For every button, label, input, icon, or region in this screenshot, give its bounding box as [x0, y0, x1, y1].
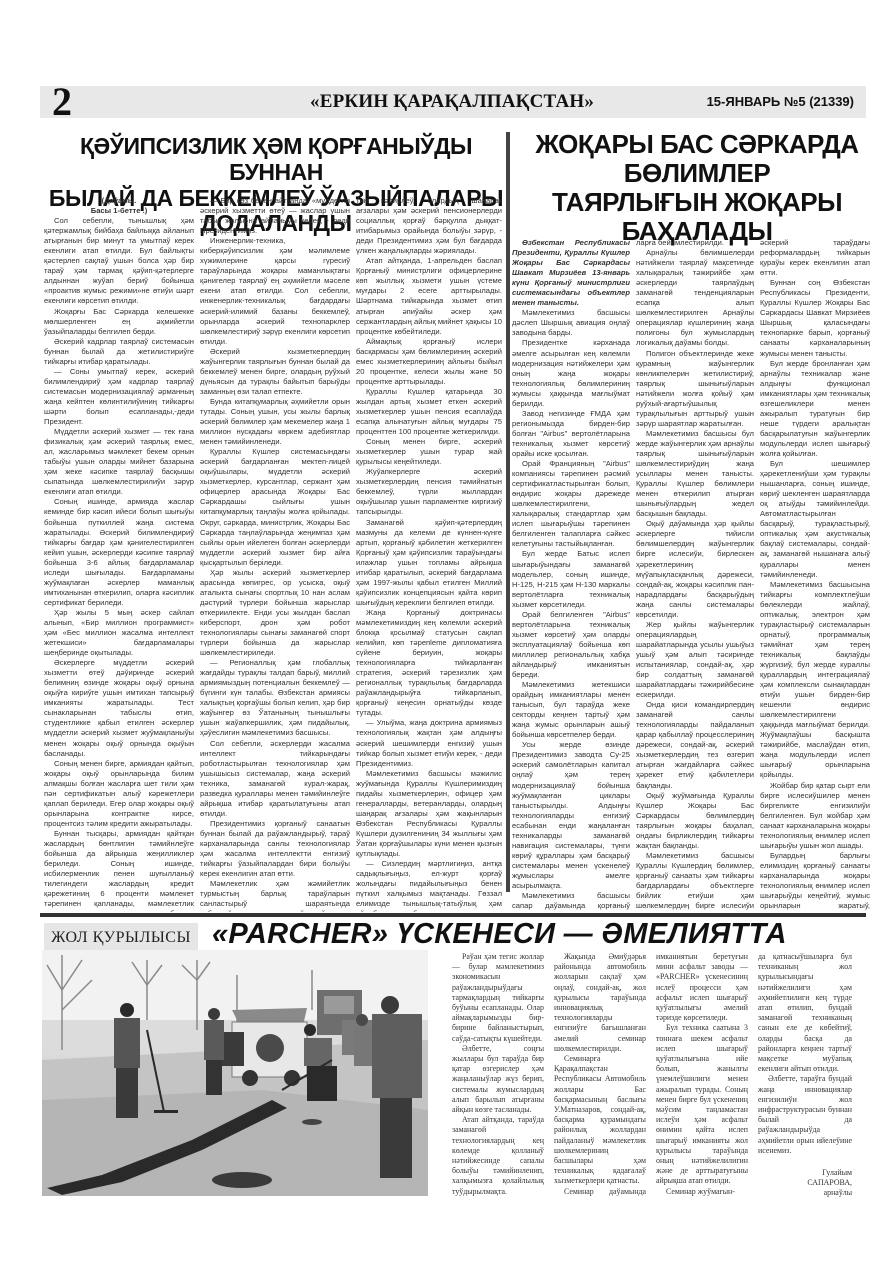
article-left-column-1: (Даўамы. Басы 1-бетте .) Сол себепли, ты…	[44, 196, 194, 912]
article-bottom-title[interactable]: «PARCHER» ҮСКЕНЕСИ — ӘМЕЛИЯТТА	[212, 918, 787, 951]
section-divider	[40, 913, 866, 917]
paragraph: Соның менен бирге, әскерий хызметкерлер …	[356, 437, 502, 467]
paragraph: Орай Францияның "Airbus" компаниясы тәре…	[512, 459, 630, 549]
paragraph: Мүддетли әскерий хызмет — тек ғана физик…	[44, 427, 194, 497]
paragraph: Қураллы Күшлер қатарында 30 жылдан артық…	[356, 387, 502, 437]
paragraph: Соның менен бирге, армиядан қайтып, жоқа…	[44, 759, 194, 829]
paragraph: әскерий тараўдағы реформалардың тийкарын…	[760, 238, 870, 278]
paragraph: Раўан ҳәм тегис жоллар — булар мәмлекети…	[452, 952, 544, 1044]
paragraph: Буннан соң Өзбекстан Республикасы Презид…	[760, 278, 870, 358]
paragraph: Полигон объектлеринде жеке қурамның жаўы…	[636, 349, 754, 429]
paragraph: Завод негизинде ҒМДА ҳәм регионымызда би…	[512, 409, 630, 459]
author-role: арнаўлы	[758, 1188, 852, 1197]
paragraph: Ҳәр жылы әскерий хызметкерлер арасында к…	[200, 568, 350, 658]
article-right-column-3: әскерий тараўдағы реформалардың тийкарын…	[760, 238, 870, 910]
paragraph: Жоқарғы Бас Сәркарда келешекке мөлшерлен…	[44, 307, 194, 337]
article-right-title-line1: ЖОҚАРЫ БАС СӘРКАРДА БӨЛИМЛЕР	[512, 130, 882, 188]
paragraph: Жаңа Қорғаныў доктринасы мәмлекетимиздиң…	[356, 608, 502, 719]
article-right-title[interactable]: ЖОҚАРЫ БАС СӘРКАРДА БӨЛИМЛЕР ТАЯРЛЫҒЫН Ж…	[512, 130, 882, 246]
paragraph: Семинар жуўмағын-	[656, 1187, 748, 1197]
article-left-title-line1: ҚӘЎИПСИЗЛИК ҲӘМ ҚОРҒАНЫЎДЫ БУННАН	[48, 134, 504, 186]
paragraph: Заманагөй қәўип-қәтерлердиң мазмуны да к…	[356, 518, 502, 608]
paragraph: Жақында Әмиўдәрья районында автомобиль ж…	[554, 952, 646, 1054]
paragraph: Мәмлекетимиз басшысы бул жерде жаўынгерл…	[636, 429, 754, 519]
paragraph: Сол себепли, тынышлық ҳәм қәтержамлық би…	[44, 216, 194, 306]
paragraph: Аймақлық қорғаныў ислери басқармасы ҳәм …	[356, 337, 502, 387]
continued-note: (Даўамы.	[44, 196, 194, 206]
paragraph: Усы жерде өзинде Президентимиз заводта С…	[512, 740, 630, 891]
paragraph: Мәмлекетимиз басшысы сапар даўамында қор…	[512, 891, 630, 910]
paragraph: Президентке кәрханада әмелге асырылған к…	[512, 338, 630, 408]
road-repair-photo-icon	[42, 950, 428, 1196]
paragraph: Бул жерде Батыс ислеп шығарыўындағы зама…	[512, 549, 630, 609]
article-right-column-1: Өзбекстан Республикасы Президенти, Қурал…	[512, 238, 630, 910]
article-bottom-column-4: да қатнасыўшыларға бул техниканың жол қу…	[758, 952, 852, 1197]
paragraph: Оқыў даўамында ҳәр қыйлы әскерлерге тийи…	[636, 519, 754, 619]
paragraph: — Регионаллық ҳәм глобаллық жағдайды тур…	[200, 658, 350, 738]
paragraph: ларға бейимлестирилди.	[636, 238, 754, 248]
paragraph: Мәмлекетимиз басшысы мәжилис жуўмағында …	[356, 769, 502, 859]
paragraph: Атап айтқанда, 1-апрельден баслап Қорған…	[356, 256, 502, 336]
paragraph: — Улыўма, жаңа доктрина армиямыз техноло…	[356, 718, 502, 768]
paragraph: Президентимиз қорғаныў санаатын буннан б…	[200, 819, 350, 879]
paragraph: Атап айтқанда, тараўда заманагөй техноло…	[452, 1115, 544, 1197]
paragraph: Бунда китапқумарлық әҳмийетли орын тутад…	[200, 397, 350, 447]
article-left-column-3: тин қәдирлеў, олардың шаңарақ ағзалары ҳ…	[356, 196, 502, 912]
paragraph: Семинарға Қарақалпақстан Республикасы Ав…	[554, 1054, 646, 1187]
paragraph: Мәмлекетимиз басшысы дәслеп Шыршық авиац…	[512, 308, 630, 338]
paragraph: Семинар даўамында автомобиль жолларында …	[554, 1187, 646, 1197]
paragraph: Әскерий кадрлар таярлаў системасын бунна…	[44, 337, 194, 367]
paragraph: Ҳәр жылы 5 мың әскер сайлап алынып, «Бир…	[44, 608, 194, 658]
paragraph: Онда қиси командирлердиң заманагөй санлы…	[636, 700, 754, 790]
paragraph: — Бир сөз бенен айтқанда, «мүддетли әске…	[200, 196, 350, 236]
paragraph: Жуўапкерлерге әскерий хызметкерлердиң пе…	[356, 467, 502, 517]
article-bottom-column-1: Раўан ҳәм тегис жоллар — булар мәмлекети…	[452, 952, 544, 1197]
paragraph: Әлбетте, соңғы жыллары бул тараўда бир қ…	[452, 1044, 544, 1115]
paragraph: Бул шешимлер ҳәрекетлениўши ҳәм турақлы …	[760, 459, 870, 580]
paragraph: Бул техника саатына 3 тоннаға шекем асфа…	[656, 1023, 748, 1186]
paragraph: Мәмлекетлик ҳәм жәмийетлик турмыстың бар…	[200, 879, 350, 912]
author-byline: Гулайым САПАРОВА, арнаўлы хабаршымыз.	[758, 1168, 852, 1197]
continued-note-page: Басы 1-бетте .)	[44, 206, 194, 216]
article-bottom-column-2: Жақында Әмиўдәрья районында автомобиль ж…	[554, 952, 646, 1197]
issue-date-number: 15-ЯНВАРЬ №5 (21339)	[707, 94, 854, 109]
paragraph: Булардың барлығы елимиздиң қорғаныў сана…	[760, 851, 870, 910]
article-right-column-2: ларға бейимлестирилди. Арнаўлы бөлимшеле…	[636, 238, 754, 910]
paragraph: — Соны умытпаў керек, әскерий билимленди…	[44, 367, 194, 427]
section-tag: ЖОЛ ҚУРЫЛЫСЫ	[44, 923, 198, 952]
newspaper-name: «ЕРКИН ҚАРАҚАЛПАҚСТАН»	[310, 91, 594, 113]
paragraph: Мәмлекетимиз басшысы Қураллы Күшлердиң б…	[636, 851, 754, 910]
paragraph: — Сизлердиң мәртлигиңиз, антқа садықлығы…	[356, 859, 502, 912]
paragraph: Инженерлик-техника, киберқәўипсизлик ҳәм…	[200, 236, 350, 347]
author-name: Гулайым	[758, 1168, 852, 1178]
masthead: 2 «ЕРКИН ҚАРАҚАЛПАҚСТАН» 15-ЯНВАРЬ №5 (2…	[40, 86, 866, 118]
paragraph: Мәмлекетимиз жетекшиси орайдың имканиятл…	[512, 680, 630, 740]
paragraph: Буннан тысқары, армиядан қайтқан жаслард…	[44, 829, 194, 912]
paragraph: Соның ишинде, армияда жаслар кеминде бир…	[44, 497, 194, 608]
paragraph: Мәмлекетимиз басшысына тийкарғы комплект…	[760, 580, 870, 781]
article-bottom-column-3: имканиятын беретуғын мини асфальт заводы…	[656, 952, 748, 1197]
paragraph: тин қәдирлеў, олардың шаңарақ ағзалары ҳ…	[356, 196, 502, 256]
article-right-lead: Өзбекстан Республикасы Президенти, Қурал…	[512, 238, 630, 308]
paragraph: да қатнасыўшыларға бул техниканың жол қу…	[758, 952, 852, 1074]
paragraph: Жойбар бир қатар сырт ели бирге ислесиўш…	[760, 781, 870, 851]
paragraph: Бул жерде бронланған ҳәм арнаўлы техника…	[760, 359, 870, 459]
page-number: 2	[52, 80, 72, 124]
author-surname: САПАРОВА,	[758, 1178, 852, 1188]
paragraph: Сол себепли, әскерлерди жасалма интеллек…	[200, 739, 350, 819]
paragraph: Әскерлерге мүддетли әскерий хызметти өте…	[44, 658, 194, 758]
paragraph: Әлбетте, тараўға бундай жаңа инновацияла…	[758, 1074, 852, 1156]
paragraph: Қураллы Күшлер системасындағы әскерий ба…	[200, 447, 350, 568]
paragraph: имканиятын беретуғын мини асфальт заводы…	[656, 952, 748, 1023]
paragraph: Арнаўлы бөлимшелерди нәтийжели таярлаў м…	[636, 248, 754, 348]
paragraph: Әскерий хызметкерлердиң жаўынгерлик таяр…	[200, 347, 350, 397]
article-left-column-2: — Бир сөз бенен айтқанда, «мүддетли әске…	[200, 196, 350, 912]
column-divider	[506, 132, 510, 892]
paragraph: Орай белгиленген "Airbus" вертолётларына…	[512, 610, 630, 680]
paragraph: Жер қыйлы жаўынгерлик операциялардың шар…	[636, 620, 754, 700]
article-photo[interactable]	[42, 950, 428, 1196]
paragraph: Оқыў жуўмағында Қураллы Күшлер Жоқары Ба…	[636, 791, 754, 851]
